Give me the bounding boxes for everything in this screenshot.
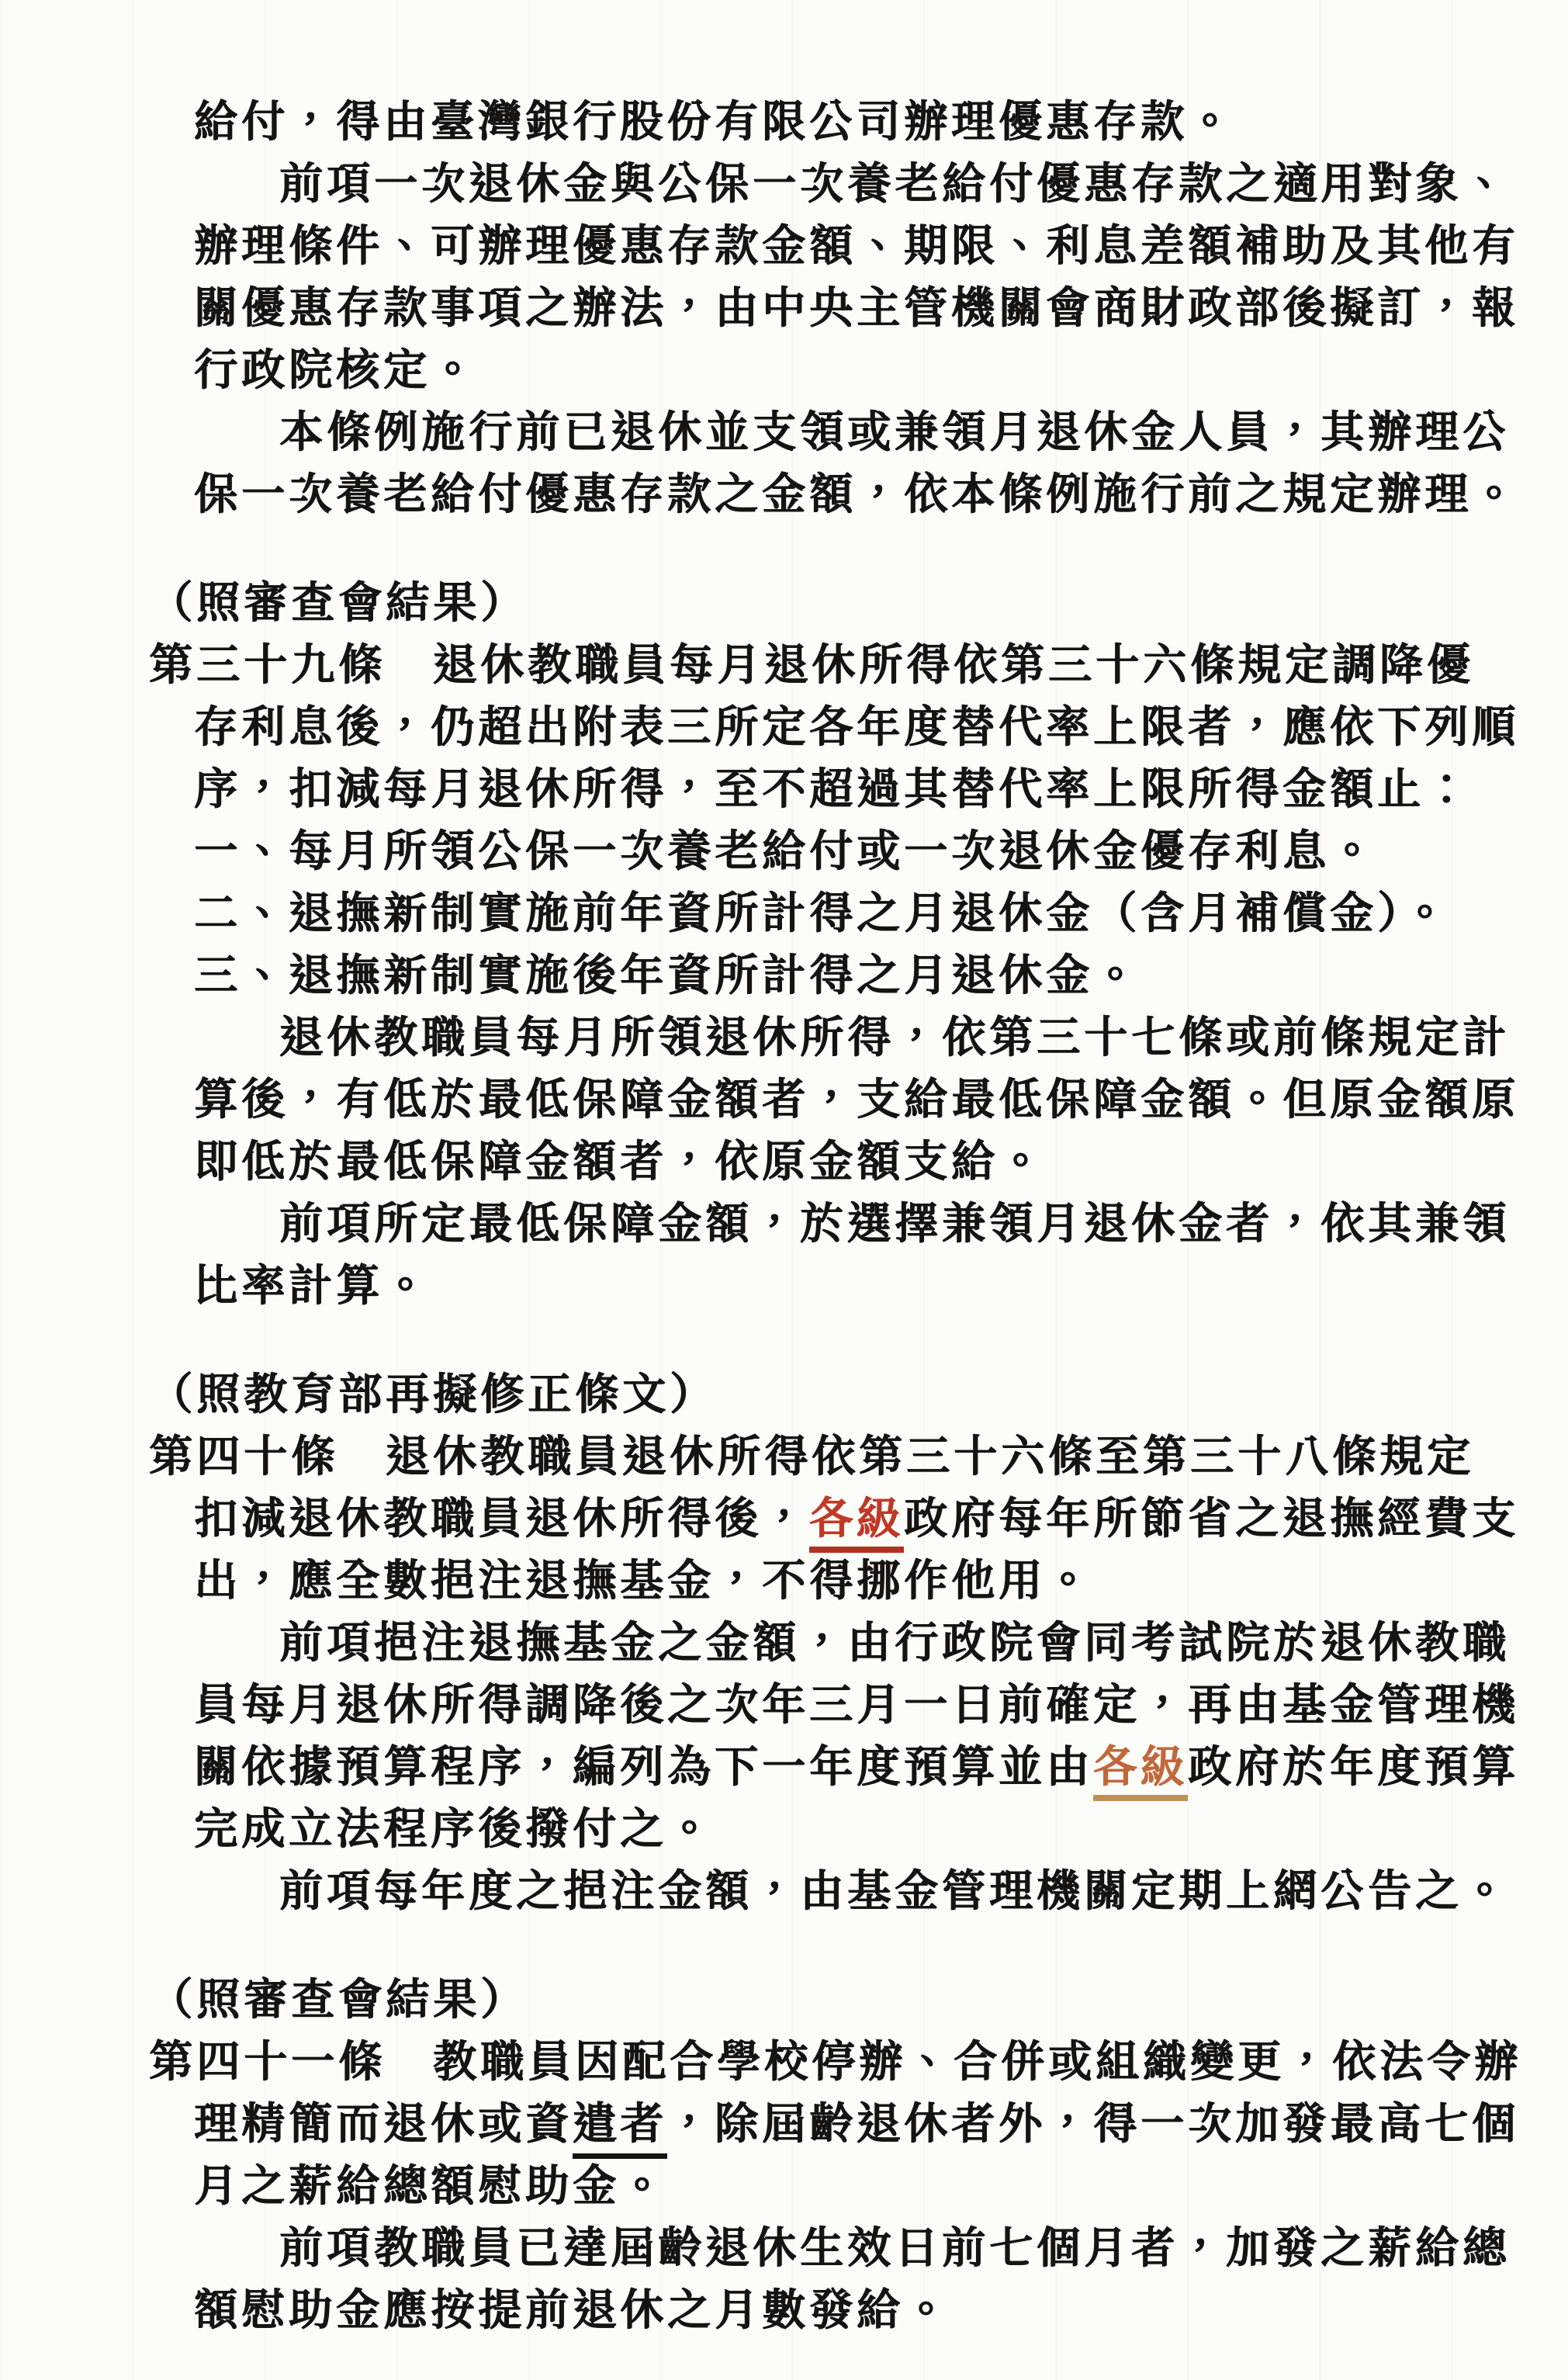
tail-line-7: 保一次養老給付優惠存款之金額，依本條例施行前之規定辦理。 [194, 464, 1514, 526]
article-41-line-2-post: ，除屆齡退休者外，得一次加發最高七個 [667, 2099, 1519, 2150]
article-41-line-4: 前項教職員已達屆齡退休生效日前七個月者，加發之薪給總 [279, 2218, 1514, 2280]
tail-line-4: 關優惠存款事項之辦法，由中央主管機關會商財政部後擬訂，報 [194, 278, 1514, 340]
annotation-review-result-2: （照審查會結果） [149, 1969, 1514, 2032]
article-40-line-6: 關依據預算程序，編列為下一年度預算並由各級政府於年度預算 [194, 1737, 1514, 1799]
article-39-line-7: 退休教職員每月所領退休所得，依第三十七條或前條規定計 [279, 1007, 1514, 1069]
tail-line-6: 本條例施行前已退休並支領或兼領月退休金人員，其辦理公 [279, 402, 1514, 464]
section-article-41: （照審查會結果） 第四十一條 教職員因配合學校停辦、合併或組織變更，依法令辦 理… [149, 1969, 1514, 2342]
article-39-heading-line: 第三十九條 退休教職員每月退休所得依第三十六條規定調降優 [149, 635, 1514, 697]
article-40-line-5: 員每月退休所得調降後之次年三月一日前確定，再由基金管理機 [194, 1675, 1514, 1737]
article-40-line-4: 前項挹注退撫基金之金額，由行政院會同考試院於退休教職 [279, 1613, 1514, 1675]
article-41-line-2: 理精簡而退休或資遣者，除屆齡退休者外，得一次加發最高七個 [194, 2094, 1514, 2156]
article-41-line-3: 月之薪給總額慰助金。 [194, 2156, 1514, 2218]
tail-line-3: 辦理條件、可辦理優惠存款金額、期限、利息差額補助及其他有 [194, 216, 1514, 278]
article-39-line-10: 前項所定最低保障金額，於選擇兼領月退休金者，依其兼領 [279, 1193, 1514, 1256]
document-page: 給付，得由臺灣銀行股份有限公司辦理優惠存款。 前項一次退休金與公保一次養老給付優… [0, 0, 1568, 2380]
amendment-mark-red-underlined: 各級 [809, 1494, 904, 1553]
annotation-review-result-1: （照審查會結果） [149, 573, 1514, 635]
amendment-mark-black-underlined: 遣者 [573, 2099, 667, 2159]
article-39-list-item-2: 二、退撫新制實施前年資所計得之月退休金（含月補償金）。 [194, 883, 1514, 945]
amendment-mark-orange-underlined: 各級 [1093, 1742, 1188, 1801]
article-40-line-3: 出，應全數挹注退撫基金，不得挪作他用。 [194, 1550, 1514, 1613]
article-41-line-2-pre: 理精簡而退休或資 [194, 2099, 573, 2150]
article-40-line-2: 扣減退休教職員退休所得後，各級政府每年所節省之退撫經費支 [194, 1488, 1514, 1550]
article-39-line-11: 比率計算。 [194, 1256, 1514, 1318]
section-article-39: （照審查會結果） 第三十九條 退休教職員每月退休所得依第三十六條規定調降優 存利… [149, 573, 1514, 1318]
section-previous-article-tail: 給付，得由臺灣銀行股份有限公司辦理優惠存款。 前項一次退休金與公保一次養老給付優… [149, 92, 1514, 526]
article-39-list-item-1: 一、每月所領公保一次養老給付或一次退休金優存利息。 [194, 821, 1514, 883]
section-article-40: （照教育部再擬修正條文） 第四十條 退休教職員退休所得依第三十六條至第三十八條規… [149, 1364, 1514, 1923]
article-41-heading-line: 第四十一條 教職員因配合學校停辦、合併或組織變更，依法令辦 [149, 2032, 1514, 2094]
article-40-line-6-pre: 關依據預算程序，編列為下一年度預算並由 [194, 1742, 1093, 1793]
article-39-line-3: 序，扣減每月退休所得，至不超過其替代率上限所得金額止： [194, 759, 1514, 821]
annotation-education-ministry: （照教育部再擬修正條文） [149, 1364, 1514, 1426]
article-40-line-6-post: 政府於年度預算 [1188, 1742, 1519, 1793]
tail-line-5: 行政院核定。 [194, 340, 1514, 402]
tail-line-1: 給付，得由臺灣銀行股份有限公司辦理優惠存款。 [194, 92, 1514, 154]
article-40-line-7: 完成立法程序後撥付之。 [194, 1799, 1514, 1861]
article-39-line-8: 算後，有低於最低保障金額者，支給最低保障金額。但原金額原 [194, 1069, 1514, 1131]
article-41-line-5: 額慰助金應按提前退休之月數發給。 [194, 2280, 1514, 2342]
article-40-heading-line: 第四十條 退休教職員退休所得依第三十六條至第三十八條規定 [149, 1426, 1514, 1488]
article-40-line-2-post: 政府每年所節省之退撫經費支 [904, 1494, 1519, 1544]
tail-line-2: 前項一次退休金與公保一次養老給付優惠存款之適用對象、 [279, 154, 1514, 216]
article-40-line-8: 前項每年度之挹注金額，由基金管理機關定期上網公告之。 [279, 1861, 1514, 1923]
article-39-line-9: 即低於最低保障金額者，依原金額支給。 [194, 1131, 1514, 1193]
article-39-line-2: 存利息後，仍超出附表三所定各年度替代率上限者，應依下列順 [194, 697, 1514, 759]
article-40-line-2-pre: 扣減退休教職員退休所得後， [194, 1494, 809, 1544]
article-39-list-item-3: 三、退撫新制實施後年資所計得之月退休金。 [194, 945, 1514, 1007]
